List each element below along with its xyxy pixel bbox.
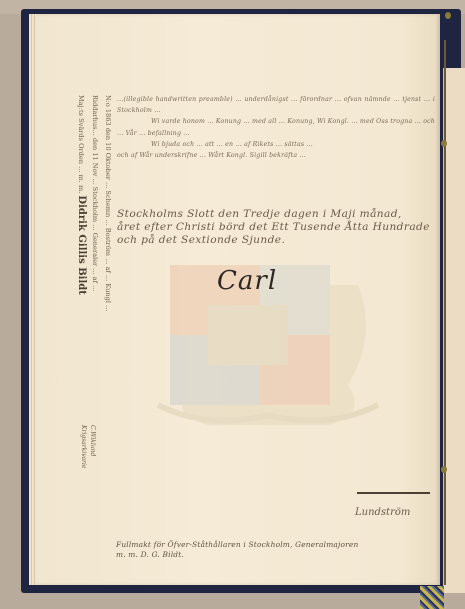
- recipient-name: Didrik Gillis Bildt: [76, 195, 87, 294]
- margin-registration-note: N:o 1863 den 10 Oktober ... Schemn ... B…: [56, 95, 114, 465]
- signature-rule: [357, 492, 430, 494]
- caption-line: m. m. D. G. Bildt.: [116, 550, 406, 560]
- body-paragraph: Wi bjuda och ... att ... en ... af Riket…: [117, 139, 435, 150]
- cord-knot: [441, 140, 447, 147]
- cord-knot: [445, 12, 451, 19]
- seal-tassel: [420, 586, 444, 609]
- caption-line: Fullmakt för Öfver-Ståthållaren i Stockh…: [116, 540, 406, 550]
- margin-line: N:o 1863 den 10 Oktober ... Schemn ... B…: [101, 95, 114, 465]
- royal-signature: Carl: [217, 266, 277, 296]
- body-paragraph: och af Wår underskrifne ... Wårt Kongl. …: [117, 150, 435, 161]
- body-paragraph: Wi varde honom ... Konung ... med all ..…: [117, 116, 435, 138]
- margin-signature: C.Wiklund Krigsarkivarie: [59, 425, 97, 475]
- date-line: året efter Christi börd det Ett Tusende …: [117, 221, 439, 234]
- margin-line: Maj:ts Svärds Orden ... m. m. Didrik Gil…: [74, 95, 88, 465]
- facing-page-edge: [443, 68, 465, 593]
- date-line: Stockholms Slott den Tredje dagen i Maji…: [117, 208, 439, 221]
- letter-body: ...(illegible handwritten preamble) ... …: [117, 94, 435, 161]
- binding-cord: [444, 40, 446, 585]
- cord-knot: [441, 466, 447, 473]
- date-line: och på det Sextionde Sjunde.: [117, 234, 439, 247]
- document-caption: Fullmakt för Öfver-Ståthållaren i Stockh…: [116, 540, 406, 559]
- margin-line: Riddarhus... den 11 Nov ... Stockholm ..…: [88, 95, 101, 465]
- countersignature: Lundström: [355, 507, 410, 518]
- body-paragraph: ...(illegible handwritten preamble) ... …: [117, 94, 435, 116]
- date-clause: Stockholms Slott den Tredje dagen i Maji…: [117, 208, 439, 247]
